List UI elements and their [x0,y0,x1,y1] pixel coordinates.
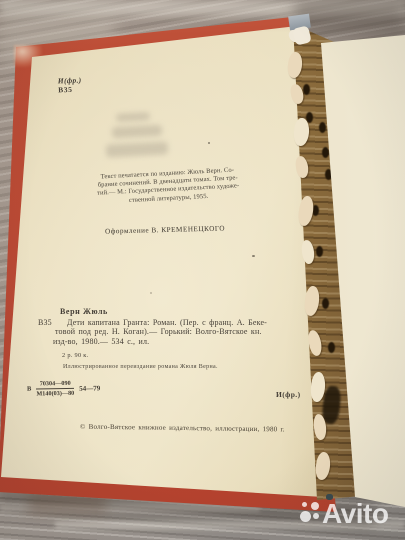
avito-logo-dot [300,511,311,522]
avito-watermark: Avito [322,500,388,528]
photo-of-open-book: И(фр.) В35 Текст печатается по изданию: … [0,0,405,540]
avito-logo-dot [302,502,307,507]
photo-vignette [0,0,405,540]
avito-logo-dot [311,502,319,510]
avito-logo-dot [313,513,319,519]
